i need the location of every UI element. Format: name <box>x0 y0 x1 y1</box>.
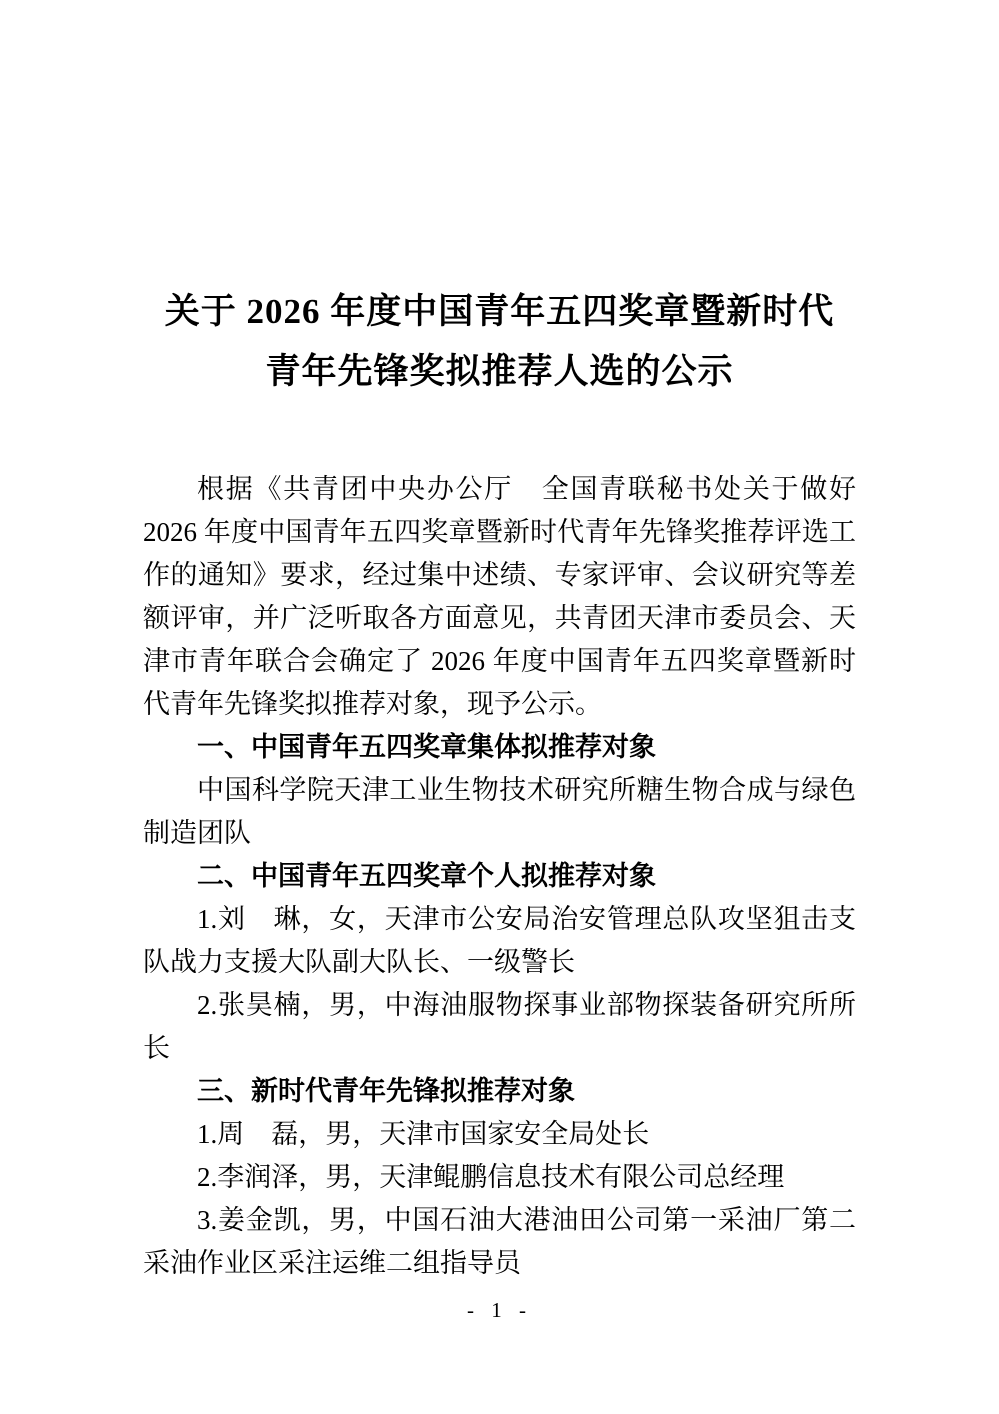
section-2-item-2: 2.张昊楠，男，中海油服物探事业部物探装备研究所所长 <box>143 984 856 1070</box>
intro-paragraph: 根据《共青团中央办公厅 全国青联秘书处关于做好 2026 年度中国青年五四奖章暨… <box>143 468 856 726</box>
section-3-item-3: 3.姜金凯，男，中国石油大港油田公司第一采油厂第二采油作业区采注运维二组指导员 <box>143 1199 856 1285</box>
section-3-item-1: 1.周 磊，男，天津市国家安全局处长 <box>143 1113 856 1156</box>
section-2-heading: 二、中国青年五四奖章个人拟推荐对象 <box>143 855 856 898</box>
document-title: 关于 2026 年度中国青年五四奖章暨新时代 青年先锋奖拟推荐人选的公示 <box>143 282 856 402</box>
section-1-heading: 一、中国青年五四奖章集体拟推荐对象 <box>143 726 856 769</box>
section-2-item-1: 1.刘 琳，女，天津市公安局治安管理总队攻坚狙击支队战力支援大队副大队长、一级警… <box>143 898 856 984</box>
section-1-item-1: 中国科学院天津工业生物技术研究所糖生物合成与绿色制造团队 <box>143 769 856 855</box>
document-body: 根据《共青团中央办公厅 全国青联秘书处关于做好 2026 年度中国青年五四奖章暨… <box>143 468 856 1285</box>
document-title-line-1: 关于 2026 年度中国青年五四奖章暨新时代 <box>165 292 835 331</box>
section-3-item-2: 2.李润泽，男，天津鲲鹏信息技术有限公司总经理 <box>143 1156 856 1199</box>
document-page: 关于 2026 年度中国青年五四奖章暨新时代 青年先锋奖拟推荐人选的公示 根据《… <box>0 0 999 1414</box>
section-3-heading: 三、新时代青年先锋拟推荐对象 <box>143 1070 856 1113</box>
page-number: - 1 - <box>0 1298 999 1323</box>
document-title-line-2: 青年先锋奖拟推荐人选的公示 <box>265 352 733 391</box>
document-content: 关于 2026 年度中国青年五四奖章暨新时代 青年先锋奖拟推荐人选的公示 根据《… <box>0 0 999 1285</box>
